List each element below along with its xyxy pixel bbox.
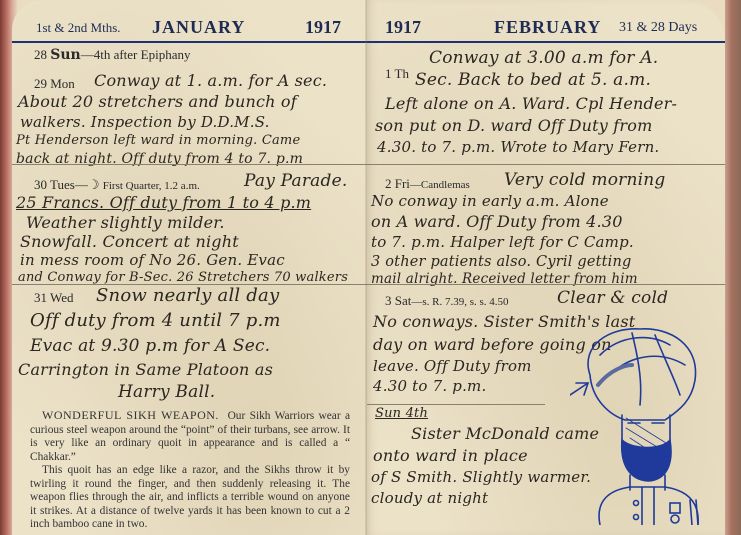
handwriting-line: Carrington in Same Platoon as xyxy=(18,360,273,380)
handwriting-line: Snow nearly all day xyxy=(96,286,279,306)
left-page-january: 1st & 2nd Mths. JANUARY 1917 28 Sun—4th … xyxy=(12,0,367,535)
handwriting-line: onto ward in place xyxy=(373,446,528,466)
handwriting-line: of S Smith. Slightly warmer. xyxy=(371,467,591,487)
days-label: 31 & 28 Days xyxy=(619,20,697,36)
header-rule xyxy=(367,41,725,43)
handwriting-line: Pay Parade. xyxy=(244,171,347,191)
handwriting-line: back at night. Off duty from 4 to 7. p.m xyxy=(16,149,303,169)
months-label: 1st & 2nd Mths. xyxy=(36,20,121,36)
book-cover-edge xyxy=(725,0,741,535)
sikh-soldier-sketch-icon xyxy=(570,325,720,525)
day-divider xyxy=(367,164,725,165)
article-paragraph-2: This quoit has an edge like a razor, and… xyxy=(30,464,350,532)
handwriting-line: mail alright. Received letter from him xyxy=(371,269,638,289)
day-heading-2: 2 Fri—Candlemas xyxy=(385,176,470,192)
handwriting-line: Conway at 1. a.m. for A sec. xyxy=(94,71,327,91)
day-heading-31: 31 Wed xyxy=(34,290,74,306)
handwriting-line: Sec. Back to bed at 5. a.m. xyxy=(415,70,651,90)
day-heading-28: 28 Sun—4th after Epiphany xyxy=(34,47,190,63)
handwriting-line: leave. Off Duty from xyxy=(373,356,532,376)
handwriting-line: Evac at 9.30 p.m for A Sec. xyxy=(30,336,270,356)
handwriting-line: Conway at 3.00 a.m for A. xyxy=(429,48,658,68)
day-divider xyxy=(12,164,367,165)
article-title: WONDERFUL SIKH WEAPON. xyxy=(42,408,219,422)
handwriting-line: to 7. p.m. Halper left for C Camp. xyxy=(371,232,634,252)
month-title: JANUARY xyxy=(152,17,245,38)
month-title: FEBRUARY xyxy=(494,17,601,38)
handwriting-line: 25 Francs. Off duty from 1 to 4 p.m xyxy=(16,193,311,213)
handwriting-line: 4.30 to 7. p.m. xyxy=(373,376,486,396)
printed-article-sikh-weapon: WONDERFUL SIKH WEAPON. Our Sikh Warriors… xyxy=(30,409,350,532)
arrow-icon xyxy=(570,383,588,415)
handwriting-line: Very cold morning xyxy=(504,170,666,190)
handwriting-line: Clear & cold xyxy=(557,288,668,308)
handwriting-line: cloudy at night xyxy=(371,488,488,508)
year-label: 1917 xyxy=(385,17,421,38)
right-page-header: 1917 FEBRUARY 31 & 28 Days xyxy=(367,14,725,38)
day-heading-3: 3 Sat—s. R. 7.39, s. s. 4.50 xyxy=(385,293,509,309)
handwriting-line: son put on D. ward Off Duty from xyxy=(375,116,652,136)
year-label: 1917 xyxy=(305,17,341,38)
day-heading-30: 30 Tues—☽ First Quarter, 1.2 a.m. xyxy=(34,177,200,193)
day-divider xyxy=(367,284,725,285)
day-heading-1: 1 Th xyxy=(385,66,409,82)
handwriting-line: Snowfall. Concert at night xyxy=(20,232,239,252)
day-heading-29: 29 Mon xyxy=(34,76,75,92)
handwriting-line: in mess room of No 26. Gen. Evac xyxy=(20,250,285,270)
handwriting-line: No conway in early a.m. Alone xyxy=(371,191,609,211)
handwriting-line: Pt Henderson left ward in morning. Came xyxy=(16,131,300,151)
left-page-header: 1st & 2nd Mths. JANUARY 1917 xyxy=(12,14,367,38)
diary-book: 1st & 2nd Mths. JANUARY 1917 28 Sun—4th … xyxy=(0,0,741,535)
handwriting-line: About 20 stretchers and bunch of xyxy=(18,92,297,112)
header-rule xyxy=(12,41,367,43)
handwriting-line: Left alone on A. Ward. Cpl Hender- xyxy=(385,94,677,114)
day-heading-sun-4th: Sun 4th xyxy=(375,404,428,424)
handwriting-line: Weather slightly milder. xyxy=(26,213,225,233)
handwriting-line: 4.30. to 7. p.m. Wrote to Mary Fern. xyxy=(377,137,659,157)
handwriting-line: on A ward. Off Duty from 4.30 xyxy=(371,212,623,232)
handwriting-line: walkers. Inspection by D.D.M.S. xyxy=(20,112,270,132)
handwriting-line: Harry Ball. xyxy=(118,382,215,402)
handwriting-line: Off duty from 4 until 7 p.m xyxy=(30,311,281,331)
